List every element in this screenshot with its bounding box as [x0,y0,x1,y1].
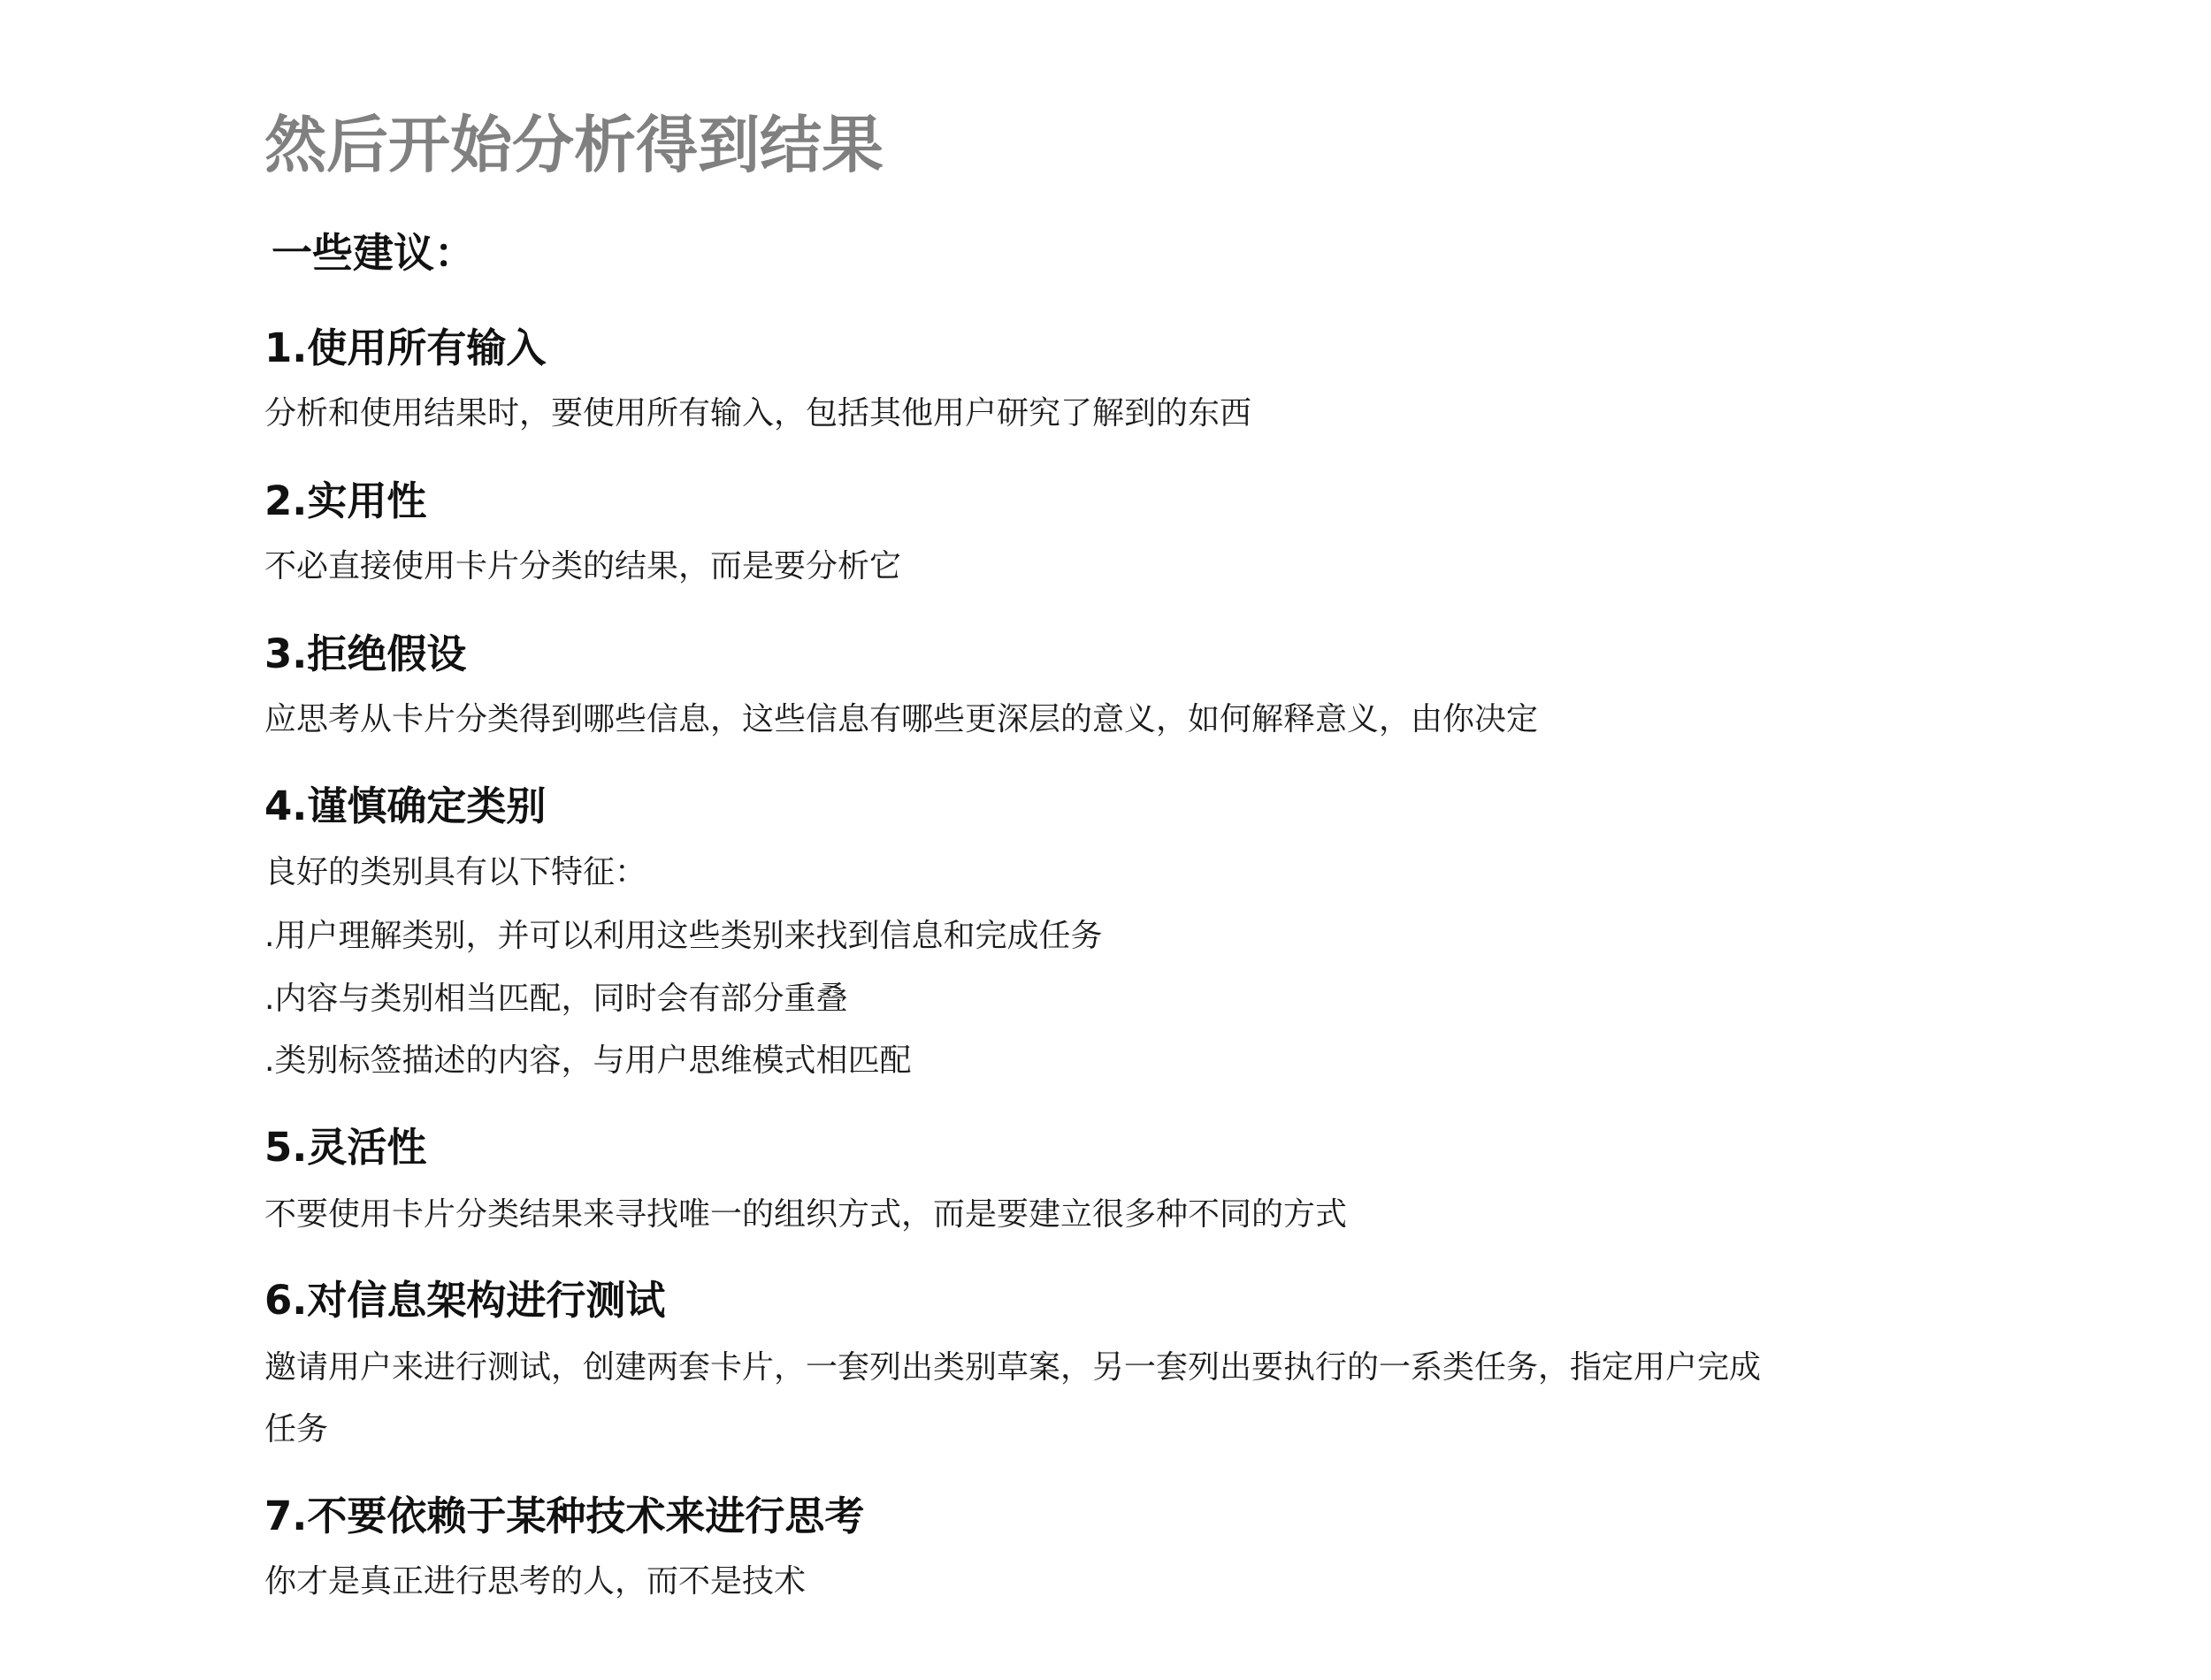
section-body-line: 任务 [264,1414,328,1446]
page-title: 然后开始分析得到结果 [264,114,884,176]
section-body-line: 应思考从卡片分类得到哪些信息，这些信息有哪些更深层的意义，如何解释意义，由你决定 [264,704,1538,736]
section-body-line: 分析和使用结果时，要使用所有输入，包括其他用户研究了解到的东西 [264,398,1251,430]
section-body-line: 不要使用卡片分类结果来寻找唯一的组织方式，而是要建立很多种不同的方式 [264,1199,1347,1231]
section-body-line: 良好的类别具有以下特征： [264,857,646,889]
bullet-item: .用户理解类别，并可以利用这些类别来找到信息和完成任务 [264,920,1102,952]
section-body-line: 不必直接使用卡片分类的结果，而是要分析它 [264,551,901,583]
section-heading: 1.使用所有输入 [264,328,546,368]
bullet-item: .类别标签描述的内容，与用户思维模式相匹配 [264,1045,911,1077]
section-heading: 6.对信息架构进行测试 [264,1280,665,1320]
section-body-line: 邀请用户来进行测试，创建两套卡片，一套列出类别草案，另一套列出要执行的一系类任务… [264,1352,1761,1384]
section-body-line: 你才是真正进行思考的人，而不是技术 [264,1566,806,1598]
suggestions-subtitle: 一些建议： [272,233,475,273]
section-heading: 7.不要依赖于某种技术来进行思考 [264,1496,864,1536]
section-heading: 5.灵活性 [264,1127,426,1167]
bullet-item: .内容与类别相当匹配，同时会有部分重叠 [264,983,847,1015]
section-heading: 3.拒绝假设 [264,634,466,674]
section-heading: 2.实用性 [264,481,426,521]
section-heading: 4.谨慎确定类别 [264,786,546,826]
